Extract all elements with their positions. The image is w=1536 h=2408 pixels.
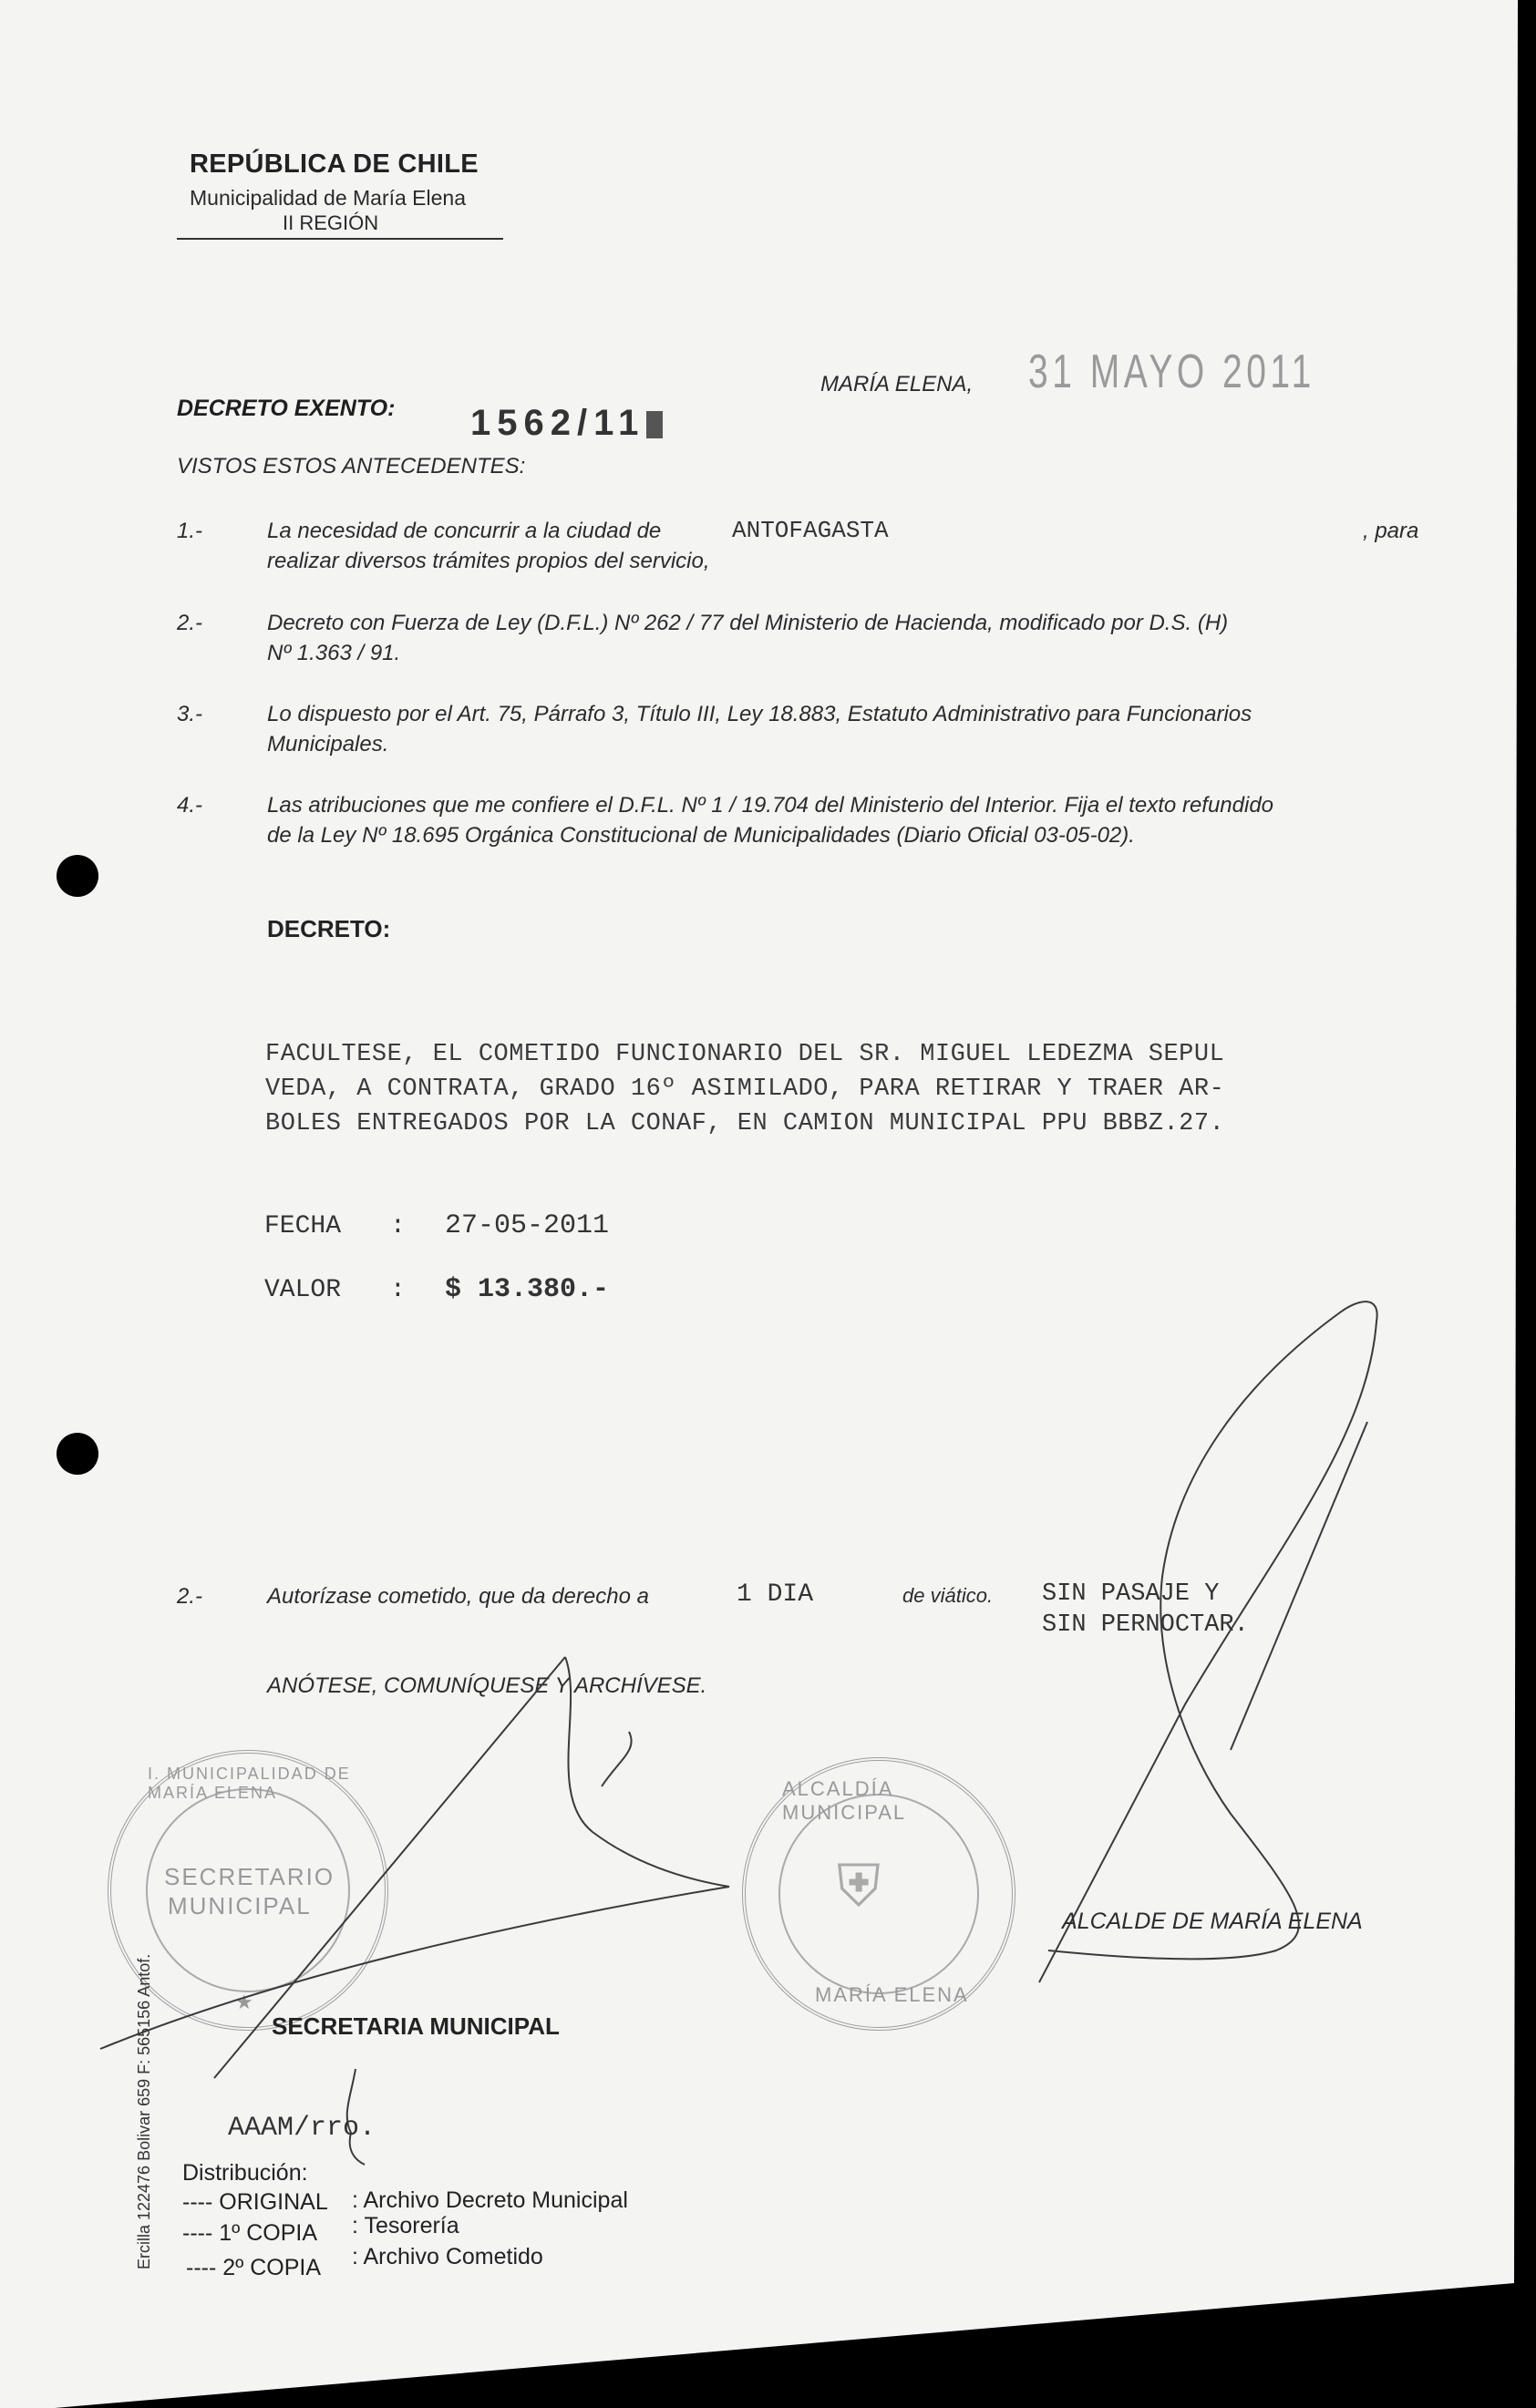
- fecha-value: 27-05-2011: [445, 1210, 609, 1241]
- fecha-separator: :: [390, 1212, 406, 1240]
- vistos-item-1-city: ANTOFAGASTA: [732, 517, 889, 544]
- viatico-text: Autorízase cometido, que da derecho a: [267, 1584, 649, 1610]
- distribution-item-1-dest: : Archivo Decreto Municipal: [352, 2187, 628, 2214]
- printer-imprint: Ercilla 122476 Bolivar 659 F: 565156 Ant…: [135, 1954, 154, 2269]
- mayor-seal-bottom: MARÍA ELENA: [815, 1983, 969, 2007]
- mayor-seal-top: ALCALDÍA MUNICIPAL: [782, 1777, 1012, 1825]
- closing-text: ANÓTESE, COMUNÍQUESE Y ARCHÍVESE.: [267, 1673, 706, 1699]
- vistos-heading: VISTOS ESTOS ANTECEDENTES:: [177, 454, 525, 479]
- punch-hole-top: [57, 855, 98, 897]
- vistos-item-1-suffix: , para: [1363, 519, 1418, 544]
- distribution-item-2-dest: : Tesorería: [352, 2213, 459, 2239]
- letterhead-region: II REGIÓN: [283, 211, 378, 235]
- vistos-item-3-line1: Lo dispuesto por el Art. 75, Párrafo 3, …: [267, 702, 1252, 727]
- vistos-item-4-line2: de la Ley Nº 18.695 Orgánica Constitucio…: [267, 823, 1135, 849]
- secretary-seal-inner-1: SECRETARIO: [164, 1863, 335, 1891]
- vistos-item-4-line1: Las atribuciones que me confiere el D.F.…: [267, 793, 1273, 818]
- vistos-item-4-num: 4.-: [177, 793, 202, 818]
- viatico-note-line-2: SIN PERNOCTAR.: [1042, 1611, 1249, 1639]
- coat-of-arms-icon: ⛨: [837, 1852, 882, 1920]
- letterhead-municipality: Municipalidad de María Elena: [190, 186, 466, 211]
- decreto-heading: DECRETO:: [267, 915, 390, 943]
- decree-number-value: 1562/11: [470, 403, 644, 443]
- letterhead-country: REPÚBLICA DE CHILE: [190, 149, 479, 180]
- fecha-label: FECHA: [264, 1212, 341, 1240]
- viatico-num: 2.-: [177, 1584, 202, 1610]
- valor-separator: :: [390, 1276, 406, 1304]
- secretary-seal-outer: I. MUNICIPALIDAD DE MARÍA ELENA: [148, 1765, 385, 1803]
- viatico-suffix: de viático.: [902, 1584, 993, 1608]
- distribution-item-3-dest: : Archivo Cometido: [352, 2244, 543, 2270]
- stamp-mark-icon: [646, 411, 663, 438]
- valor-label: VALOR: [264, 1276, 341, 1304]
- mayor-seal: ALCALDÍA MUNICIPAL MARÍA ELENA ⛨: [742, 1757, 1015, 2031]
- viatico-note-line-1: SIN PASAJE Y: [1042, 1580, 1219, 1608]
- decreto-body-line-1: FACULTESE, EL COMETIDO FUNCIONARIO DEL S…: [265, 1041, 1224, 1068]
- distribution-item-3-copy: ---- 2º COPIA: [186, 2255, 321, 2281]
- decree-number: 1562/11: [470, 403, 663, 444]
- decreto-body-line-3: BOLES ENTREGADOS POR LA CONAF, EN CAMION…: [265, 1110, 1224, 1137]
- vistos-item-1-num: 1.-: [177, 519, 202, 544]
- vistos-item-2-line1: Decreto con Fuerza de Ley (D.F.L.) Nº 26…: [267, 611, 1228, 636]
- distribution-item-2-copy: ---- 1º COPIA: [182, 2220, 317, 2247]
- distribution-heading: Distribución:: [182, 2160, 308, 2187]
- valor-value: $ 13.380.-: [445, 1274, 609, 1305]
- vistos-item-2-num: 2.-: [177, 611, 202, 636]
- date-stamp: 31 MAYO 2011: [1028, 345, 1315, 399]
- viatico-days: 1 DIA: [737, 1580, 813, 1609]
- distribution-item-1-copy: ---- ORIGINAL: [182, 2189, 328, 2216]
- initials: AAAM/rro.: [228, 2113, 376, 2144]
- punch-hole-bottom: [57, 1433, 98, 1475]
- document-page: REPÚBLICA DE CHILE Municipalidad de Marí…: [0, 0, 1536, 2408]
- vistos-item-2-line2: Nº 1.363 / 91.: [267, 641, 400, 666]
- star-icon: ★: [235, 1991, 255, 2014]
- decreto-body-line-2: VEDA, A CONTRATA, GRADO 16º ASIMILADO, P…: [265, 1075, 1224, 1103]
- vistos-item-1-text: La necesidad de concurrir a la ciudad de: [267, 519, 661, 544]
- secretary-seal-inner-2: MUNICIPAL: [168, 1892, 312, 1920]
- vistos-item-3-num: 3.-: [177, 702, 202, 727]
- place-label: MARÍA ELENA,: [820, 372, 973, 397]
- secretary-signature-label: SECRETARIA MUNICIPAL: [272, 2012, 560, 2041]
- vistos-item-3-line2: Municipales.: [267, 732, 388, 757]
- letterhead-rule: [177, 238, 503, 240]
- vistos-item-1-line2: realizar diversos trámites propios del s…: [267, 549, 710, 574]
- mayor-signature-label: ALCALDE DE MARÍA ELENA: [1062, 1909, 1363, 1935]
- decree-label: DECRETO EXENTO:: [177, 396, 395, 422]
